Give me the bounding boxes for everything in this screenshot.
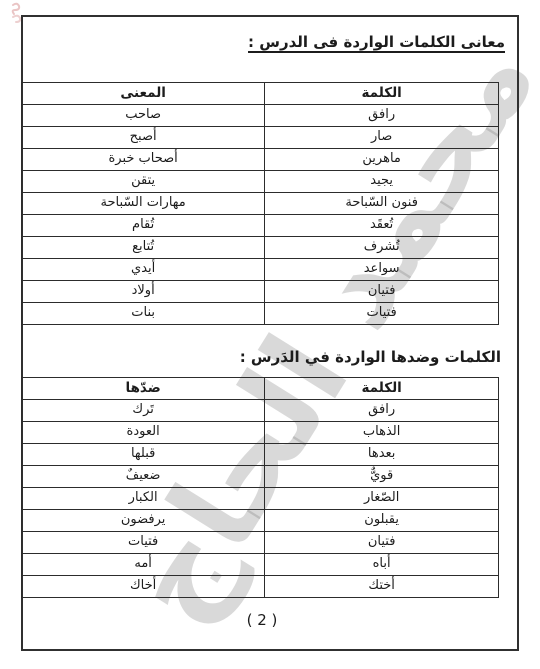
word-cell: الصّغار	[265, 488, 499, 510]
table-row: رافق تَرك	[22, 400, 499, 422]
word-cell: فتيات	[265, 303, 499, 325]
table-row: ماهرين أصحاب خبرة	[22, 149, 499, 171]
opposites-header-row: الكلمة ضدّها	[22, 378, 499, 400]
word-cell: فتيان	[265, 532, 499, 554]
table-row: فتيان أولاد	[22, 281, 499, 303]
meaning-cell: صاحب	[22, 105, 265, 127]
meaning-cell: تُتابع	[22, 237, 265, 259]
table-row: تُعقَد تُقام	[22, 215, 499, 237]
word-cell: ماهرين	[265, 149, 499, 171]
meaning-cell: بنات	[22, 303, 265, 325]
word-cell: الذهاب	[265, 422, 499, 444]
meanings-header-row: الكلمة المعنى	[22, 83, 499, 105]
word-cell: بعدها	[265, 444, 499, 466]
table-row: أباه أمه	[22, 554, 499, 576]
word-cell: رافق	[265, 105, 499, 127]
word-cell: تُشرف	[265, 237, 499, 259]
word-cell: صار	[265, 127, 499, 149]
table-row: رافق صاحب	[22, 105, 499, 127]
opposite-cell: تَرك	[22, 400, 265, 422]
opposite-cell: فتيات	[22, 532, 265, 554]
meaning-cell: يتقن	[22, 171, 265, 193]
word-cell: سواعد	[265, 259, 499, 281]
word-cell: تُعقَد	[265, 215, 499, 237]
word-cell: قويٌّ	[265, 466, 499, 488]
word-cell: فنون السّباحة	[265, 193, 499, 215]
word-column-header: الكلمة	[265, 83, 499, 105]
table-row: أختك أخاك	[22, 576, 499, 598]
table-row: فنون السّباحة مهارات السّباحة	[22, 193, 499, 215]
word-cell: يجيد	[265, 171, 499, 193]
table-row: بعدها قبلها	[22, 444, 499, 466]
worksheet-page: محمد الحاج معانى الكلمات الواردة فى الدر…	[0, 0, 540, 669]
opposite-cell: الكبار	[22, 488, 265, 510]
opposite-cell: قبلها	[22, 444, 265, 466]
table-row: صار أصبح	[22, 127, 499, 149]
meaning-cell: أيدي	[22, 259, 265, 281]
meaning-cell: مهارات السّباحة	[22, 193, 265, 215]
opposite-cell: أمه	[22, 554, 265, 576]
table-row: الصّغار الكبار	[22, 488, 499, 510]
meaning-cell: تُقام	[22, 215, 265, 237]
opposite-column-header: ضدّها	[22, 378, 265, 400]
meanings-table: الكلمة المعنى رافق صاحب صار أصبح ماهرين …	[21, 82, 499, 325]
opposites-table: الكلمة ضدّها رافق تَرك الذهاب العودة بعد…	[21, 377, 499, 598]
page-border: معانى الكلمات الواردة فى الدرس : الكلمة …	[21, 15, 519, 651]
table-row: فتيان فتيات	[22, 532, 499, 554]
meaning-cell: أولاد	[22, 281, 265, 303]
word-cell: أختك	[265, 576, 499, 598]
word-cell: رافق	[265, 400, 499, 422]
opposite-cell: يرفضون	[22, 510, 265, 532]
page-number: ( 2 )	[23, 611, 501, 629]
pen-scribble-mark	[7, 1, 37, 27]
table-row: سواعد أيدي	[22, 259, 499, 281]
meaning-cell: أصحاب خبرة	[22, 149, 265, 171]
table-row: يقبلون يرفضون	[22, 510, 499, 532]
word-cell: أباه	[265, 554, 499, 576]
meaning-column-header: المعنى	[22, 83, 265, 105]
opposite-cell: العودة	[22, 422, 265, 444]
table-row: تُشرف تُتابع	[22, 237, 499, 259]
meaning-cell: أصبح	[22, 127, 265, 149]
word-cell: يقبلون	[265, 510, 499, 532]
word-cell: فتيان	[265, 281, 499, 303]
opposite-cell: ضعيفٌ	[22, 466, 265, 488]
table-row: الذهاب العودة	[22, 422, 499, 444]
table-row: فتيات بنات	[22, 303, 499, 325]
table-row: يجيد يتقن	[22, 171, 499, 193]
opposite-cell: أخاك	[22, 576, 265, 598]
table-row: قويٌّ ضعيفٌ	[22, 466, 499, 488]
section2-title: الكلمات وضدها الواردة في الدَرس :	[240, 348, 501, 366]
word-column-header: الكلمة	[265, 378, 499, 400]
section1-title: معانى الكلمات الواردة فى الدرس :	[248, 33, 505, 51]
